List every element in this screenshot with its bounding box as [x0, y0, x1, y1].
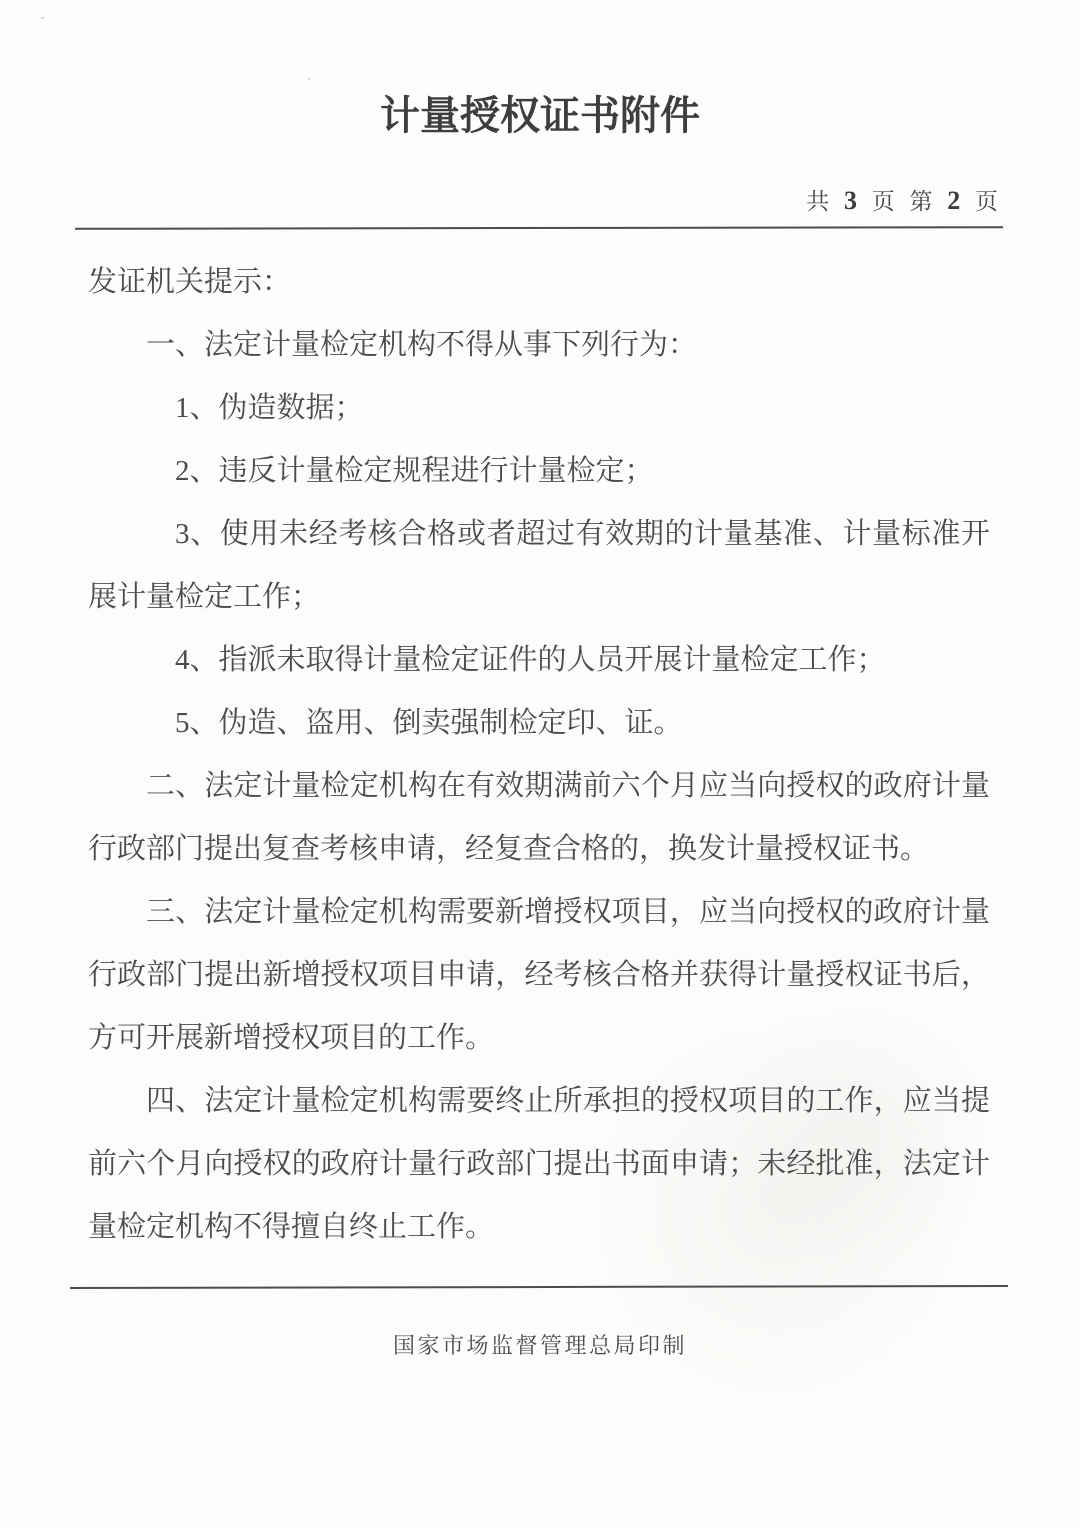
scan-speck [308, 78, 310, 80]
scan-speck [41, 17, 44, 19]
footer-rule [70, 1285, 1008, 1289]
pagination-current-page: 2 [947, 186, 960, 215]
pagination-current-label: 第 [910, 189, 933, 214]
clause-1-item-2: 2、违反计量检定规程进行计量检定； [88, 440, 990, 503]
notice-heading: 发证机关提示： [88, 251, 990, 314]
header-rule [75, 226, 1003, 230]
clause-4: 四、法定计量检定机构需要终止所承担的授权项目的工作，应当提前六个月向授权的政府计… [88, 1070, 990, 1259]
scanned-document-page: 计量授权证书附件 共 3 页 第 2 页 发证机关提示： 一、法定计量检定机构不… [0, 0, 1080, 1528]
clause-1-item-1: 1、伪造数据； [88, 377, 990, 440]
pagination: 共 3 页 第 2 页 [806, 186, 998, 217]
page-title: 计量授权证书附件 [0, 84, 1080, 141]
pagination-total-unit: 页 [872, 189, 895, 214]
clause-2: 二、法定计量检定机构在有效期满前六个月应当向授权的政府计量行政部门提出复查考核申… [88, 755, 990, 881]
notice-body: 发证机关提示： 一、法定计量检定机构不得从事下列行为： 1、伪造数据； 2、违反… [88, 251, 990, 1259]
clause-1-item-3: 3、使用未经考核合格或者超过有效期的计量基准、计量标准开展计量检定工作； [88, 503, 990, 629]
clause-1-item-4: 4、指派未取得计量检定证件的人员开展计量检定工作； [88, 629, 990, 692]
clause-1-item-5: 5、伪造、盗用、倒卖强制检定印、证。 [88, 692, 990, 755]
footer-imprint: 国家市场监督管理总局印制 [0, 1331, 1080, 1361]
clause-1-lead: 一、法定计量检定机构不得从事下列行为： [88, 314, 990, 377]
pagination-total-pages: 3 [844, 186, 857, 215]
clause-3: 三、法定计量检定机构需要新增授权项目，应当向授权的政府计量行政部门提出新增授权项… [88, 881, 990, 1070]
pagination-total-label: 共 [806, 189, 829, 214]
pagination-current-unit: 页 [975, 189, 998, 214]
